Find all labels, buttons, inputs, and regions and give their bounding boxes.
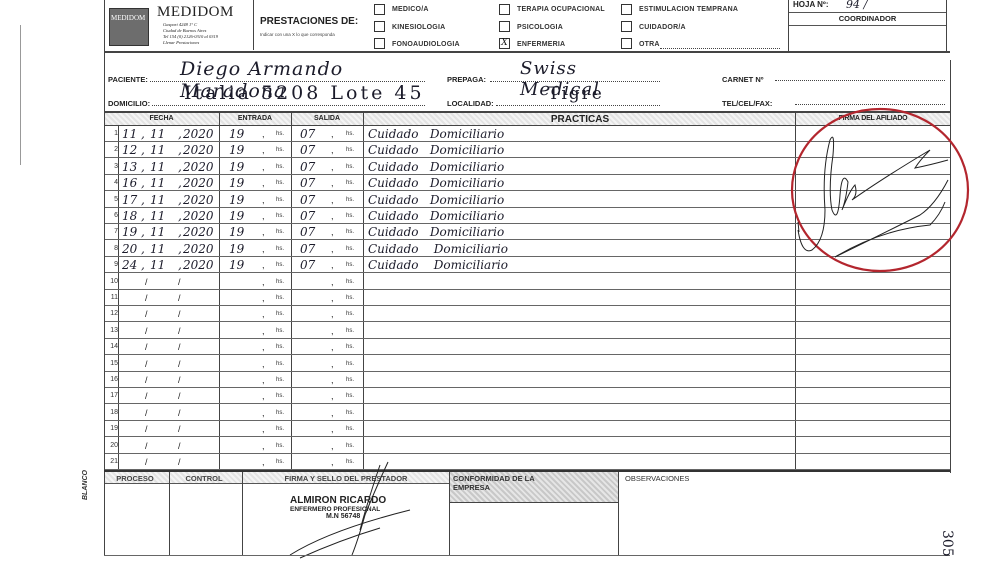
salida-dot: ,: [331, 241, 334, 257]
fecha-slash: /: [178, 339, 181, 355]
fecha-sep: ,: [178, 208, 182, 224]
carnet-field[interactable]: [775, 72, 945, 81]
salida-hour[interactable]: 07: [300, 257, 315, 273]
fecha-slash: /: [145, 454, 148, 470]
entrada-hs-label: hs.: [276, 274, 284, 290]
entrada-hs-label: hs.: [276, 323, 284, 339]
control-divider: [242, 472, 243, 555]
entrada-dot: ,: [262, 372, 265, 388]
row-number: 11: [107, 290, 118, 306]
coord-mid-rule: [789, 25, 946, 26]
fecha-sep: ,: [178, 126, 182, 142]
entrada-hs-label: hs.: [276, 192, 284, 208]
table-row: 14//,hs.,hs.: [105, 339, 950, 355]
fecha-month[interactable]: 11: [150, 192, 165, 208]
fecha-sep: ,: [178, 257, 182, 273]
prestaciones-title: PRESTACIONES DE:: [260, 16, 358, 27]
checkbox-terapia-ocupacional[interactable]: [499, 4, 510, 15]
salida-hs-label: hs.: [346, 405, 354, 421]
table-row: 20//,hs.,hs.: [105, 438, 950, 454]
row-number: 14: [107, 339, 118, 355]
salida-dot: ,: [331, 208, 334, 224]
entrada-hs-label: hs.: [276, 405, 284, 421]
practica-text[interactable]: Cuidado Domiciliario: [368, 208, 504, 224]
fecha-sep: ,: [178, 192, 182, 208]
entrada-hs-label: hs.: [276, 175, 284, 191]
row-number: 7: [107, 224, 118, 240]
fecha-sep: ,: [178, 142, 182, 158]
coord-box-left: [788, 0, 789, 52]
carnet-label: CARNET Nº: [722, 75, 764, 84]
practica-text[interactable]: Cuidado Domiciliario: [368, 241, 508, 257]
entrada-hour[interactable]: 19: [229, 192, 244, 208]
checkbox-enfermeria[interactable]: X: [499, 38, 510, 49]
blanco-label: BLANCO: [82, 470, 89, 500]
practica-text[interactable]: Cuidado Domiciliario: [368, 142, 504, 158]
otra-field[interactable]: [660, 40, 780, 49]
fecha-month[interactable]: 11: [150, 241, 165, 257]
checkbox-otra[interactable]: [621, 38, 632, 49]
fecha-day[interactable]: 17: [122, 192, 137, 208]
salida-dot: ,: [331, 290, 334, 306]
localidad-label: LOCALIDAD:: [447, 99, 494, 108]
fecha-slash: /: [178, 323, 181, 339]
salida-dot: ,: [331, 126, 334, 142]
entrada-hs-label: hs.: [276, 438, 284, 454]
salida-hs-label: hs.: [346, 224, 354, 240]
salida-hour[interactable]: 07: [300, 224, 315, 240]
row-number: 19: [107, 421, 118, 437]
fecha-slash: /: [178, 454, 181, 470]
fecha-slash: /: [178, 405, 181, 421]
table-row: 12//,hs.,hs.: [105, 306, 950, 322]
entrada-dot: ,: [262, 306, 265, 322]
table-row: 19//,hs.,hs.: [105, 421, 950, 437]
header-entrada: ENTRADA: [220, 115, 290, 122]
entrada-hs-label: hs.: [276, 339, 284, 355]
salida-hour[interactable]: 07: [300, 175, 315, 191]
prestador-signature-strokes-icon: [290, 462, 410, 558]
label-estimulacion-temprana: ESTIMULACION TEMPRANA: [639, 6, 738, 13]
tel-label: TEL/CEL/FAX:: [722, 99, 772, 108]
fecha-sep: ,: [141, 159, 145, 175]
salida-hs-label: hs.: [346, 438, 354, 454]
paciente-label: PACIENTE:: [108, 75, 148, 84]
logo-address-1: Gaspari 4248 1° C: [163, 22, 197, 27]
footer-bottom-rule: [104, 555, 950, 556]
salida-hs-label: hs.: [346, 388, 354, 404]
table-row: 16//,hs.,hs.: [105, 372, 950, 388]
row-number: 6: [107, 208, 118, 224]
header-bottom-rule: [104, 51, 950, 53]
salida-dot: ,: [331, 388, 334, 404]
row-number: 17: [107, 388, 118, 404]
fecha-sep: ,: [178, 224, 182, 240]
conformidad-label: CONFORMIDAD DE LA EMPRESA: [453, 474, 573, 492]
salida-hour[interactable]: 07: [300, 142, 315, 158]
row-number: 13: [107, 323, 118, 339]
entrada-dot: ,: [262, 421, 265, 437]
fecha-day[interactable]: 11: [122, 126, 137, 142]
entrada-dot: ,: [262, 241, 265, 257]
entrada-hs-label: hs.: [276, 241, 284, 257]
fecha-month[interactable]: 11: [150, 126, 165, 142]
entrada-hs-label: hs.: [276, 388, 284, 404]
entrada-hs-label: hs.: [276, 142, 284, 158]
entrada-hs-label: hs.: [276, 421, 284, 437]
header-fecha: FECHA: [105, 115, 218, 122]
entrada-hs-label: hs.: [276, 159, 284, 175]
table-row: 21//,hs.,hs.: [105, 454, 950, 470]
salida-hs-label: hs.: [346, 192, 354, 208]
fecha-day[interactable]: 12: [122, 142, 137, 158]
checkbox-kinesiologia[interactable]: [374, 21, 385, 32]
label-terapia-ocupacional: TERAPIA OCUPACIONAL: [517, 6, 605, 13]
salida-hs-label: hs.: [346, 126, 354, 142]
scan-edge-line: [20, 25, 21, 165]
entrada-dot: ,: [262, 290, 265, 306]
fecha-sep: ,: [178, 241, 182, 257]
fecha-year[interactable]: 2020: [183, 142, 214, 158]
salida-hs-label: hs.: [346, 208, 354, 224]
fecha-sep: ,: [141, 257, 145, 273]
fecha-sep: ,: [141, 224, 145, 240]
domicilio-value: Italia 5208 Lote 45: [184, 82, 425, 104]
entrada-hour[interactable]: 19: [229, 159, 244, 175]
practica-text[interactable]: Cuidado Domiciliario: [368, 257, 508, 273]
row-number: 21: [107, 454, 118, 470]
entrada-dot: ,: [262, 339, 265, 355]
checkbox-medico[interactable]: [374, 4, 385, 15]
logo-address-4: Llenar Prestaciones: [163, 40, 199, 45]
red-circle-annotation: [792, 109, 968, 271]
fecha-sep: ,: [178, 159, 182, 175]
fecha-slash: /: [178, 421, 181, 437]
fecha-slash: /: [178, 372, 181, 388]
row-number: 15: [107, 356, 118, 372]
fecha-sep: ,: [141, 208, 145, 224]
entrada-dot: ,: [262, 257, 265, 273]
entrada-hs-label: hs.: [276, 208, 284, 224]
salida-hs-label: hs.: [346, 290, 354, 306]
logo-address-3: Tel 154 (0) 2126-0310 al 0319: [163, 34, 218, 39]
checkbox-cuidador[interactable]: [621, 21, 632, 32]
salida-hs-label: hs.: [346, 257, 354, 273]
fecha-year[interactable]: 2020: [183, 208, 214, 224]
fecha-sep: ,: [178, 175, 182, 191]
fecha-month[interactable]: 11: [150, 159, 165, 175]
entrada-dot: ,: [262, 356, 265, 372]
practica-text[interactable]: Cuidado Domiciliario: [368, 159, 504, 175]
fecha-year[interactable]: 2020: [183, 257, 214, 273]
row-number: 1: [107, 126, 118, 142]
entrada-dot: ,: [262, 126, 265, 142]
salida-dot: ,: [331, 274, 334, 290]
practica-text[interactable]: Cuidado Domiciliario: [368, 126, 504, 142]
checkbox-fonoaudiologia[interactable]: [374, 38, 385, 49]
entrada-dot: ,: [262, 454, 265, 470]
fecha-month[interactable]: 11: [150, 224, 165, 240]
observaciones-label: OBSERVACIONES: [625, 474, 689, 483]
fecha-slash: /: [145, 323, 148, 339]
salida-dot: ,: [331, 159, 334, 175]
fecha-slash: /: [145, 405, 148, 421]
localidad-value: Tigre: [548, 84, 604, 104]
salida-hs-label: hs.: [346, 306, 354, 322]
entrada-hs-label: hs.: [276, 356, 284, 372]
salida-dot: ,: [331, 306, 334, 322]
label-psicologia: PSICOLOGIA: [517, 24, 563, 31]
fecha-slash: /: [178, 356, 181, 372]
entrada-dot: ,: [262, 323, 265, 339]
enfermeria-check-mark: X: [501, 38, 507, 48]
domicilio-label: DOMICILIO:: [108, 99, 150, 108]
fecha-day[interactable]: 19: [122, 224, 137, 240]
entrada-dot: ,: [262, 224, 265, 240]
entrada-hour[interactable]: 19: [229, 126, 244, 142]
entrada-dot: ,: [262, 274, 265, 290]
paciente-field[interactable]: Diego Armando Maradona: [150, 58, 425, 82]
fecha-slash: /: [145, 274, 148, 290]
fecha-slash: /: [145, 372, 148, 388]
salida-hs-label: hs.: [346, 372, 354, 388]
salida-dot: ,: [331, 438, 334, 454]
logo-address-2: Ciudad de Buenos Aires: [163, 28, 206, 33]
row-number: 5: [107, 192, 118, 208]
fecha-sep: ,: [141, 175, 145, 191]
entrada-hs-label: hs.: [276, 224, 284, 240]
entrada-dot: ,: [262, 438, 265, 454]
entrada-hour[interactable]: 19: [229, 208, 244, 224]
checkbox-estimulacion-temprana[interactable]: [621, 4, 632, 15]
entrada-hour[interactable]: 19: [229, 175, 244, 191]
practica-text[interactable]: Cuidado Domiciliario: [368, 224, 504, 240]
page-stamp: 305: [939, 530, 955, 557]
header-practicas: PRACTICAS: [365, 114, 795, 125]
row-number: 18: [107, 405, 118, 421]
salida-hour[interactable]: 07: [300, 241, 315, 257]
salida-hs-label: hs.: [346, 421, 354, 437]
salida-hour[interactable]: 07: [300, 208, 315, 224]
salida-dot: ,: [331, 421, 334, 437]
coord-top-rule: [789, 12, 946, 13]
label-cuidador: CUIDADOR/A: [639, 24, 686, 31]
salida-hs-label: hs.: [346, 339, 354, 355]
entrada-hs-label: hs.: [276, 257, 284, 273]
table-row: 18//,hs.,hs.: [105, 405, 950, 421]
fecha-slash: /: [145, 306, 148, 322]
fecha-slash: /: [145, 421, 148, 437]
entrada-dot: ,: [262, 192, 265, 208]
fecha-slash: /: [178, 290, 181, 306]
entrada-hs-label: hs.: [276, 306, 284, 322]
coordinador-label: COORDINADOR: [789, 14, 946, 23]
hoja-label: HOJA Nº:: [793, 0, 829, 9]
fecha-day[interactable]: 16: [122, 175, 137, 191]
salida-hs-label: hs.: [346, 159, 354, 175]
fecha-day[interactable]: 24: [122, 257, 137, 273]
fecha-sep: ,: [141, 241, 145, 257]
fecha-month[interactable]: 11: [150, 208, 165, 224]
fecha-year[interactable]: 2020: [183, 224, 214, 240]
coord-box-right: [946, 0, 947, 52]
fecha-month[interactable]: 11: [150, 175, 165, 191]
signature-strokes-icon: [798, 137, 948, 257]
fecha-slash: /: [145, 290, 148, 306]
salida-dot: ,: [331, 142, 334, 158]
salida-hs-label: hs.: [346, 323, 354, 339]
salida-dot: ,: [331, 405, 334, 421]
checkbox-psicologia[interactable]: [499, 21, 510, 32]
fecha-slash: /: [145, 388, 148, 404]
fecha-sep: ,: [141, 126, 145, 142]
table-row: 11//,hs.,hs.: [105, 290, 950, 306]
fecha-sep: ,: [141, 142, 145, 158]
fecha-year[interactable]: 2020: [183, 175, 214, 191]
entrada-dot: ,: [262, 208, 265, 224]
salida-dot: ,: [331, 356, 334, 372]
fecha-day[interactable]: 20: [122, 241, 137, 257]
hoja-value: 94 /: [846, 0, 867, 11]
label-otra: OTRA: [639, 41, 660, 48]
salida-hs-label: hs.: [346, 175, 354, 191]
row-number: 3: [107, 159, 118, 175]
label-medico: MEDICO/A: [392, 6, 429, 13]
fecha-day[interactable]: 18: [122, 208, 137, 224]
salida-hs-label: hs.: [346, 142, 354, 158]
fecha-slash: /: [178, 274, 181, 290]
proceso-label: PROCESO: [105, 474, 165, 483]
salida-dot: ,: [331, 339, 334, 355]
entrada-hs-label: hs.: [276, 126, 284, 142]
entrada-hour[interactable]: 19: [229, 257, 244, 273]
practica-text[interactable]: Cuidado Domiciliario: [368, 192, 504, 208]
logo-small-text: MEDIDOM: [111, 14, 145, 22]
entrada-dot: ,: [262, 405, 265, 421]
prestador-signature: [280, 460, 430, 560]
observaciones-field[interactable]: [619, 485, 949, 553]
fecha-month[interactable]: 11: [150, 142, 165, 158]
row-number: 16: [107, 372, 118, 388]
salida-hour[interactable]: 07: [300, 159, 315, 175]
prestaciones-instruction: Indicar con una X lo que corresponda: [260, 32, 335, 37]
fecha-slash: /: [178, 388, 181, 404]
salida-hour[interactable]: 07: [300, 192, 315, 208]
row-number: 10: [107, 274, 118, 290]
label-enfermeria: ENFERMERIA: [517, 41, 565, 48]
logo-title: MEDIDOM: [157, 4, 234, 21]
medidom-logo: MEDIDOM MEDIDOM Gaspari 4248 1° C Ciudad…: [107, 2, 255, 48]
control-label: CONTROL: [170, 474, 238, 483]
table-row: 13//,hs.,hs.: [105, 323, 950, 339]
prepaga-field[interactable]: Swiss Medical: [490, 58, 660, 82]
proceso-divider: [169, 472, 170, 555]
entrada-hour[interactable]: 19: [229, 142, 244, 158]
entrada-hs-label: hs.: [276, 290, 284, 306]
entrada-dot: ,: [262, 142, 265, 158]
fecha-year[interactable]: 2020: [183, 192, 214, 208]
fecha-sep: ,: [141, 192, 145, 208]
signature-afiliado: [780, 100, 980, 280]
domicilio-field[interactable]: Italia 5208 Lote 45: [152, 82, 425, 106]
fecha-slash: /: [145, 438, 148, 454]
salida-dot: ,: [331, 175, 334, 191]
practica-text[interactable]: Cuidado Domiciliario: [368, 175, 504, 191]
fecha-month[interactable]: 11: [150, 257, 165, 273]
fecha-slash: /: [178, 306, 181, 322]
entrada-dot: ,: [262, 388, 265, 404]
entrada-dot: ,: [262, 159, 265, 175]
row-number: 12: [107, 306, 118, 322]
salida-hs-label: hs.: [346, 241, 354, 257]
table-row: 17//,hs.,hs.: [105, 388, 950, 404]
row-number: 2: [107, 142, 118, 158]
row-number: 4: [107, 175, 118, 191]
salida-dot: ,: [331, 224, 334, 240]
fecha-slash: /: [145, 356, 148, 372]
fecha-year[interactable]: 2020: [183, 126, 214, 142]
fecha-year[interactable]: 2020: [183, 159, 214, 175]
localidad-field[interactable]: Tigre: [496, 84, 660, 106]
fecha-slash: /: [178, 438, 181, 454]
table-row: 15//,hs.,hs.: [105, 356, 950, 372]
salida-hs-label: hs.: [346, 356, 354, 372]
salida-hour[interactable]: 07: [300, 126, 315, 142]
label-kinesiologia: KINESIOLOGIA: [392, 24, 445, 31]
salida-hs-label: hs.: [346, 274, 354, 290]
prepaga-label: PREPAGA:: [447, 75, 486, 84]
salida-dot: ,: [331, 372, 334, 388]
row-number: 8: [107, 241, 118, 257]
row-number: 9: [107, 257, 118, 273]
row-number: 20: [107, 438, 118, 454]
fecha-year[interactable]: 2020: [183, 241, 214, 257]
logo-divider: [253, 0, 254, 50]
salida-dot: ,: [331, 192, 334, 208]
entrada-hs-label: hs.: [276, 372, 284, 388]
entrada-dot: ,: [262, 175, 265, 191]
entrada-hour[interactable]: 19: [229, 224, 244, 240]
salida-dot: ,: [331, 323, 334, 339]
label-fonoaudiologia: FONOAUDIOLOGIA: [392, 41, 460, 48]
fecha-slash: /: [145, 339, 148, 355]
header-salida: SALIDA: [292, 115, 362, 122]
fecha-day[interactable]: 13: [122, 159, 137, 175]
salida-dot: ,: [331, 257, 334, 273]
entrada-hour[interactable]: 19: [229, 241, 244, 257]
